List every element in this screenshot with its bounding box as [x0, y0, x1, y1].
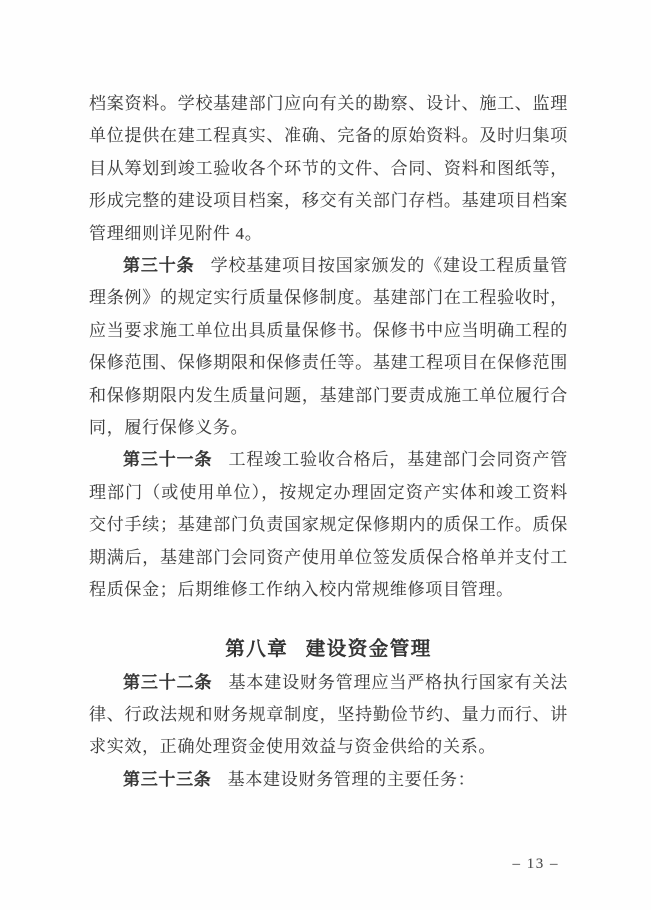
chapter-title: 建设资金管理 [306, 638, 432, 660]
paragraph-text: 基本建设财务管理的主要任务： [228, 770, 476, 789]
paragraph-article-32: 第三十二条基本建设财务管理应当严格执行国家有关法律、行政法规和财务规章制度，坚持… [89, 667, 568, 764]
paragraph-text: 工程竣工验收合格后，基建部门会同资产管理部门（或使用单位），按规定办理固定资产实… [89, 450, 568, 599]
document-page: 档案资料。学校基建部门应向有关的勘察、设计、施工、监理单位提供在建工程真实、准确… [0, 0, 651, 910]
article-30-label: 第三十条 [123, 256, 195, 275]
article-31-label: 第三十一条 [123, 450, 212, 469]
paragraph-article-30: 第三十条学校基建项目按国家颁发的《建设工程质量管理条例》的规定实行质量保修制度。… [89, 250, 568, 444]
document-body: 档案资料。学校基建部门应向有关的勘察、设计、施工、监理单位提供在建工程真实、准确… [89, 88, 568, 796]
article-32-label: 第三十二条 [123, 673, 212, 692]
paragraph-text: 档案资料。学校基建部门应向有关的勘察、设计、施工、监理单位提供在建工程真实、准确… [89, 94, 568, 243]
article-33-label: 第三十三条 [123, 770, 212, 789]
paragraph-article-31: 第三十一条工程竣工验收合格后，基建部门会同资产管理部门（或使用单位），按规定办理… [89, 444, 568, 606]
chapter-number: 第八章 [225, 638, 288, 660]
page-number: – 13 – [513, 856, 560, 873]
paragraph-text: 学校基建项目按国家颁发的《建设工程质量管理条例》的规定实行质量保修制度。基建部门… [89, 256, 568, 437]
paragraph-article-33: 第三十三条基本建设财务管理的主要任务： [89, 764, 568, 796]
chapter-heading: 第八章建设资金管理 [89, 633, 568, 665]
paragraph-archive-continuation: 档案资料。学校基建部门应向有关的勘察、设计、施工、监理单位提供在建工程真实、准确… [89, 88, 568, 250]
